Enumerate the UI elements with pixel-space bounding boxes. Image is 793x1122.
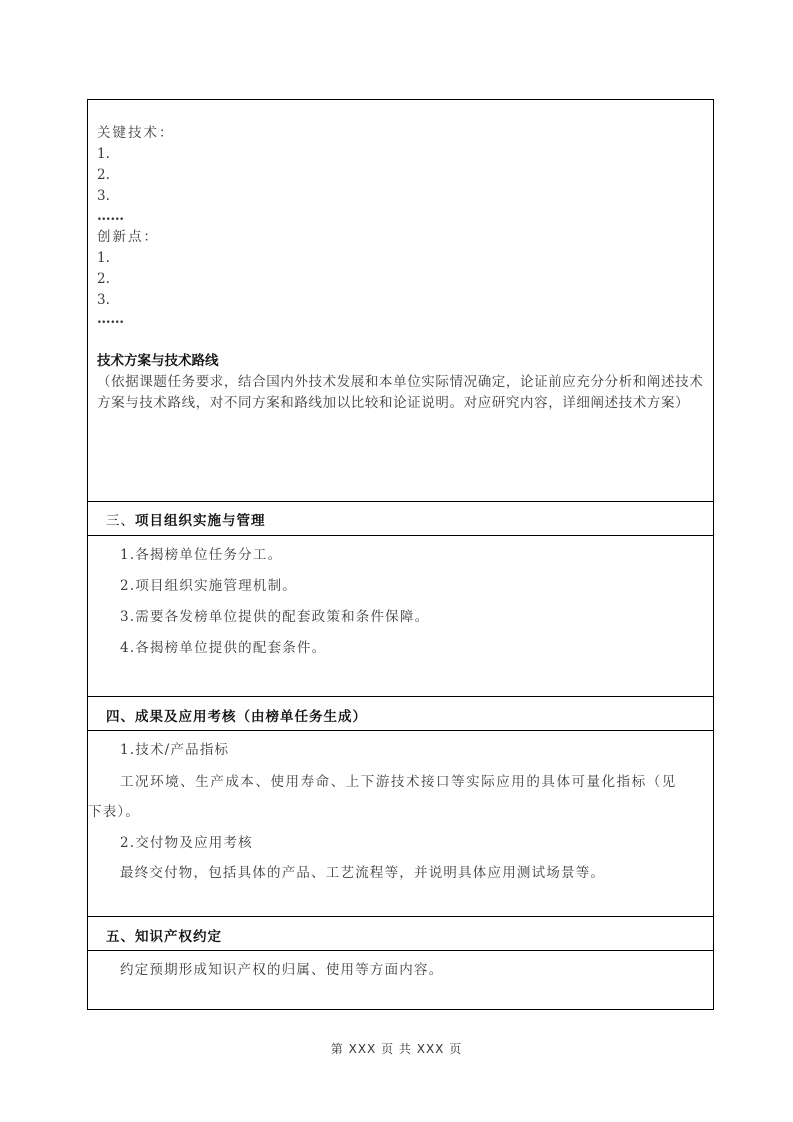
section-three-item-2: 2.项目组织实施管理机制。 — [120, 574, 297, 594]
section-four-sub1-desc-line2: 下表）。 — [88, 800, 140, 820]
section-five-title: 知识产权约定 — [135, 929, 222, 945]
divider — [88, 535, 713, 536]
section-four-sub2-title: 2.交付物及应用考核 — [120, 831, 253, 851]
section-three-number: 三、 — [106, 513, 135, 529]
key-tech-ellipsis: …… — [97, 206, 124, 226]
section-three-item-4: 4.各揭榜单位提供的配套条件。 — [120, 636, 326, 656]
page-footer: 第 XXX 页 共 XXX 页 — [0, 1040, 793, 1057]
innovation-item-2: 2. — [97, 269, 110, 289]
section-five-desc: 约定预期形成知识产权的归属、使用等方面内容。 — [120, 958, 443, 978]
key-tech-item-3: 3. — [97, 186, 110, 206]
divider — [88, 730, 713, 731]
divider — [88, 696, 713, 697]
divider — [88, 950, 713, 951]
section-three-item-3: 3.需要各发榜单位提供的配套政策和条件保障。 — [120, 605, 429, 625]
section-four-sub1-desc-line1: 工况环境、生产成本、使用寿命、上下游技术接口等实际应用的具体可量化指标（见 — [120, 770, 677, 790]
innovation-item-3: 3. — [97, 290, 110, 310]
section-four-heading: 四、成果及应用考核（由榜单任务生成） — [106, 705, 367, 725]
tech-plan-title: 技术方案与技术路线 — [97, 351, 219, 371]
tech-plan-description: （依据课题任务要求，结合国内外技术发展和本单位实际情况确定，论证前应充分分析和阐… — [97, 372, 711, 414]
section-three-heading: 三、项目组织实施与管理 — [106, 509, 266, 529]
section-four-sub2-desc: 最终交付物，包括具体的产品、工艺流程等，并说明具体应用测试场景等。 — [120, 861, 605, 881]
section-four-number: 四、 — [106, 709, 135, 725]
innovation-item-1: 1. — [97, 248, 110, 268]
section-three-item-1: 1.各揭榜单位任务分工。 — [120, 543, 282, 563]
divider — [88, 916, 713, 917]
key-tech-item-2: 2. — [97, 165, 110, 185]
section-four-title: 成果及应用考核（由榜单任务生成） — [135, 709, 367, 725]
section-three-title: 项目组织实施与管理 — [135, 513, 266, 529]
innovation-label: 创新点： — [97, 227, 159, 247]
key-tech-label: 关键技术： — [97, 123, 175, 143]
section-five-number: 五、 — [106, 929, 135, 945]
section-four-sub1-title: 1.技术/产品指标 — [120, 738, 229, 758]
divider — [88, 501, 713, 502]
innovation-ellipsis: …… — [97, 309, 124, 329]
key-tech-item-1: 1. — [97, 144, 110, 164]
form-table: 关键技术： 1. 2. 3. …… 创新点： 1. 2. 3. …… 技术方案与… — [87, 99, 714, 1010]
section-five-heading: 五、知识产权约定 — [106, 925, 222, 945]
